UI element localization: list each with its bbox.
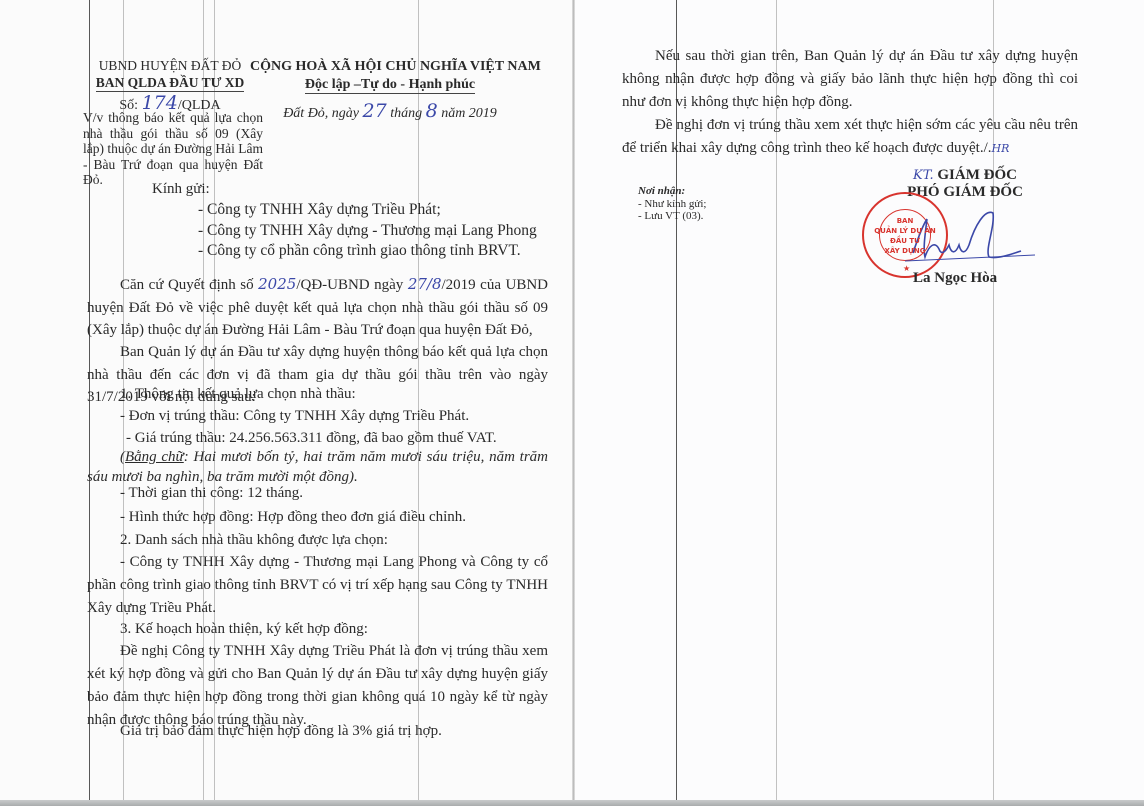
- recipient-item: - Công ty cổ phần công trình giao thông …: [198, 241, 537, 262]
- guarantee-line: Giá trị bảo đảm thực hiện hợp đồng là 3%…: [120, 720, 581, 742]
- paragraph-basis: Căn cứ Quyết định số 2025/QĐ-UBND ngày 2…: [87, 273, 548, 342]
- section-3-title: 3. Kế hoạch hoàn thiện, ký kết hợp đồng:: [120, 618, 581, 640]
- kt-mark: KT.: [913, 168, 934, 183]
- stamp-center-text: BAN QUẢN LÝ DỰ ÁN ĐẦU TƯ XÂY DỰNG: [864, 216, 946, 256]
- section-1-title: 1. Thông tin kết quả lựa chọn nhà thầu:: [120, 383, 581, 405]
- recipients-block-item: - Lưu VT (03).: [638, 210, 706, 223]
- salutation: Kính gửi:: [152, 181, 210, 198]
- handwritten-initials: HR: [992, 142, 1010, 155]
- paragraph-request: Đề nghị đơn vị trúng thầu xem xét thực h…: [622, 114, 1078, 160]
- recipient-item: - Công ty TNHH Xây dựng - Thương mại Lan…: [198, 221, 537, 242]
- contract-type-line: - Hình thức hợp đồng: Hợp đồng theo đơn …: [120, 506, 581, 528]
- not-selected-paragraph: - Công ty TNHH Xây dựng - Thương mại Lan…: [87, 551, 548, 620]
- paragraph-deadline: Nếu sau thời gian trên, Ban Quản lý dự á…: [622, 45, 1078, 114]
- nation-title: CỘNG HOÀ XÃ HỘI CHỦ NGHĨA VIỆT NAM: [250, 58, 530, 75]
- winner-line: - Đơn vị trúng thầu: Công ty TNHH Xây dự…: [120, 405, 581, 427]
- price-in-words: (Bằng chữ: Hai mươi bốn tỷ, hai trăm năm…: [87, 447, 548, 487]
- scan-bottom-edge: [0, 800, 1144, 806]
- document-subject: V/v thông báo kết quả lựa chọn nhà thầu …: [83, 110, 263, 188]
- recipients-block-title: Nơi nhận:: [638, 185, 706, 198]
- handwritten-decision-date: 27/8: [408, 275, 442, 293]
- issuer-agency: BAN QLDA ĐẦU TƯ XD: [96, 74, 245, 92]
- issuer-authority: UBND HUYỆN ĐẤT ĐỎ: [80, 57, 260, 74]
- handwritten-decision-number: 2025: [258, 275, 296, 293]
- recipient-list: - Công ty TNHH Xây dựng Triều Phát; - Cô…: [198, 200, 537, 262]
- signer-name: La Ngọc Hòa: [913, 270, 997, 287]
- section-2-title: 2. Danh sách nhà thầu không được lựa chọ…: [120, 529, 581, 551]
- issuer-header: UBND HUYỆN ĐẤT ĐỎ BAN QLDA ĐẦU TƯ XD Số:…: [80, 57, 260, 114]
- recipient-item: - Công ty TNHH Xây dựng Triều Phát;: [198, 200, 537, 221]
- duration-line: - Thời gian thi công: 12 tháng.: [120, 482, 581, 504]
- price-line: - Giá trúng thầu: 24.256.563.311 đồng, đ…: [126, 427, 587, 449]
- proposal-paragraph: Đề nghị Công ty TNHH Xây dựng Triều Phát…: [87, 640, 548, 732]
- national-header: CỘNG HOÀ XÃ HỘI CHỦ NGHĨA VIỆT NAM Độc l…: [250, 58, 530, 122]
- signer-title: GIÁM ĐỐC: [937, 167, 1017, 183]
- document-date: Đất Đỏ, ngày 27 tháng 8 năm 2019: [250, 100, 530, 122]
- recipients-block: Nơi nhận: - Như kính gửi; - Lưu VT (03).: [638, 185, 706, 223]
- recipients-block-item: - Như kính gửi;: [638, 198, 706, 211]
- national-motto: Độc lập –Tự do - Hạnh phúc: [305, 76, 475, 94]
